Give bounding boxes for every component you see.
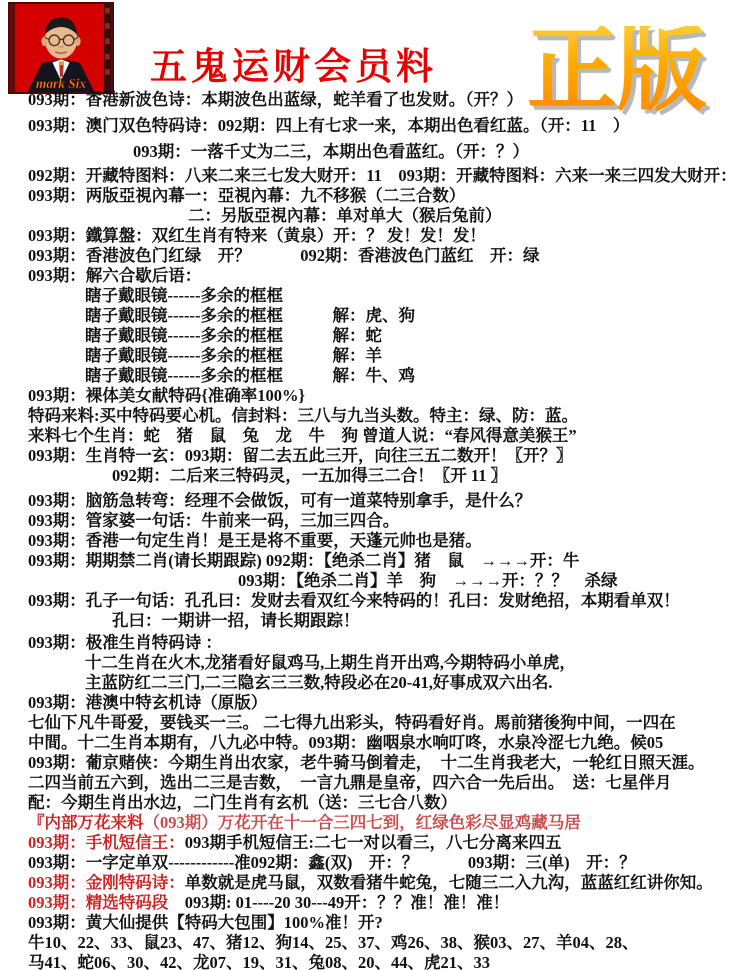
text-segment: 093期：生肖特一玄：093期：留二去五此三开，向往三五二数开！〖开？〗 <box>28 446 573 465</box>
text-segment: 093期：管家婆一句话：牛前来一码，三加三四合。 <box>28 511 399 530</box>
photo-brand-label: mark Six <box>36 76 86 91</box>
content-line: 093期：解六合歇后语： <box>28 266 735 286</box>
text-segment: 093期：一落千丈为二三，本期出色看蓝红。（开：？） <box>133 142 529 161</box>
text-segment: 093期：手机短信王： <box>28 833 185 852</box>
content-line: 瞎子戴眼镜------多余的框框 <box>28 286 735 306</box>
text-segment: 二：另版亞視內幕：单对单大（猴后兔前） <box>188 206 502 225</box>
content-line: 马41、蛇06、30、42、龙07、19、31、兔08、20、44、虎21、33 <box>28 953 735 970</box>
content-line: 093期：金刚特码诗：单数就是虎马鼠，双数看猪牛蛇兔，七随三二入九沟，蓝蓝红红讲… <box>28 873 735 893</box>
content-line: 中間。十二生肖本期有，八九必中特。093期：幽咽泉水响叮咚，水泉冷涩七九绝。候0… <box>28 733 735 753</box>
text-segment: 瞎子戴眼镜------多余的框框 解：牛、鸡 <box>85 366 415 385</box>
text-segment: 093期：裸体美女献特码{准确率100%} <box>28 386 305 405</box>
portrait-man-illustration: mark Six <box>10 4 112 92</box>
text-segment: 093期：葡京赌侠：今期生肖出农家，老牛骑马倒着走， 十二生肖我老大，一轮红日照… <box>28 753 705 772</box>
content-line: 093期：黄大仙提供【特码大包围】100%准！开? <box>28 913 735 933</box>
text-segment: 牛10、22、33、鼠23、47、猪12、狗14、25、37、鸡26、38、猴0… <box>28 933 639 952</box>
text-segment: 093期：香港波色门红绿 开？ 092期：香港波色门蓝红 开：绿 <box>28 246 540 265</box>
text-segment: 十二生肖在火木,龙猪看好鼠鸡马,上期生肖开出鸡,今期特码小单虎， <box>85 653 576 672</box>
content-line: 瞎子戴眼镜------多余的框框 解：虎、狗 <box>28 306 735 326</box>
content-line: 093期：精选特码段 093期: 01----20 30---49开：？？准！准… <box>28 893 735 913</box>
content-line: 瞎子戴眼镜------多余的框框 解：牛、鸡 <box>28 366 735 386</box>
text-segment: 093期：港澳中特玄机诗（原版） <box>28 693 267 712</box>
text-segment: 093期：精选特码段 <box>28 893 168 912</box>
text-segment: 单数就是虎马鼠，双数看猪牛蛇兔，七随三二入九沟，蓝蓝红红讲你知。 <box>185 873 713 892</box>
text-segment: 093期：两版亞視內幕一：亞視內幕：九不移猴（二三合数） <box>28 186 465 205</box>
content-line: 093期：澳门双色特码诗：092期：四上有七求一来，本期出色看红蓝。（开：11 … <box>28 116 735 136</box>
text-segment: 093期：黄大仙提供【特码大包围】100%准！开? <box>28 913 383 932</box>
content-line: 牛10、22、33、鼠23、47、猪12、狗14、25、37、鸡26、38、猴0… <box>28 933 735 953</box>
text-segment: 093期: 01----20 30---49开：？？准！准！准！ <box>168 893 509 912</box>
content-line: 来料七个生肖：蛇 猪 鼠 兔 龙 牛 狗 曾道人说：“春风得意美猴王” <box>28 426 735 446</box>
content-line: 二：另版亞視內幕：单对单大（猴后兔前） <box>28 206 735 226</box>
text-segment: 主蓝防红二三门,二三隐玄三三数,特段必在20-41,好事成双六出名. <box>85 673 553 692</box>
content-line: 093期：一字定单双------------准092期：鑫(双) 开：？ 093… <box>28 853 735 873</box>
text-segment: 093期手机短信王:二七一对以看三，八七分离来四五 <box>185 833 562 852</box>
text-segment: 特码来料:买中特码要心机。信封料：三八与九当头数。特主：绿、防：蓝。 <box>28 406 578 425</box>
text-segment: 092期：开藏特图料：八来二来三七发大财开：11 093期：开藏特图料：六来一来… <box>28 166 735 185</box>
content-line: 093期：两版亞視內幕一：亞視內幕：九不移猴（二三合数） <box>28 186 735 206</box>
content-line: 七仙下凡牛哥爱，要钱买一三。 二七得九出彩头，特码看好肖。馬前猪後狗中间，一四在 <box>28 713 735 733</box>
content-line: 093期：极准生肖特码诗 ： <box>28 633 735 653</box>
content-line: 主蓝防红二三门,二三隐玄三三数,特段必在20-41,好事成双六出名. <box>28 673 735 693</box>
content-line: 093期：生肖特一玄：093期：留二去五此三开，向往三五二数开！〖开？〗 <box>28 446 735 466</box>
text-segment: 093期：脑筋急转弯：经理不会做饭，可有一道菜特别拿手，是什么？ <box>28 491 531 510</box>
content-line: 二四当前五六到，选出二三是吉数， 一言九鼎是皇帝，四六合一先后出。 送：七星伴月 <box>28 773 735 793</box>
content-lines: 093期：香港新波色诗：本期波色出蓝绿，蛇羊看了也发财。（开？）093期：澳门双… <box>28 90 735 970</box>
text-segment: 093期：一字定单双------------准092期：鑫(双) 开：？ 093… <box>28 853 636 872</box>
content-line: 093期：脑筋急转弯：经理不会做饭，可有一道菜特别拿手，是什么？ <box>28 491 735 511</box>
text-segment: 093期：香港一句定生肖！是王是将不重要，天蓬元帅也是猪。 <box>28 531 482 550</box>
text-segment: 瞎子戴眼镜------多余的框框 解：蛇 <box>85 326 382 345</box>
content-line: 093期：一落千丈为二三，本期出色看蓝红。（开：？） <box>28 142 735 162</box>
content-line: 『内部万花来料（093期）万花开在十一合三四七到，红绿色彩尽显鸡藏马居 <box>28 813 735 833</box>
content-line: 093期：孔子一句话：孔孔曰：发财去看双红今来特码的！孔曰：发财绝招，本期看单双… <box>28 591 735 611</box>
content-line: 093期：香港一句定生肖！是王是将不重要，天蓬元帅也是猪。 <box>28 531 735 551</box>
content-line: 093期：裸体美女献特码{准确率100%} <box>28 386 735 406</box>
content-line: 093期：港澳中特玄机诗（原版） <box>28 693 735 713</box>
text-segment: 配：今期生肖出水边，二门生肖有玄机（送：三七合八数） <box>28 793 457 812</box>
page-root: mark Six 五鬼运财会员料 正版 093期：香港新波色诗：本期波色出蓝绿，… <box>0 0 735 970</box>
text-segment: 093期：【绝杀二肖】羊 狗 →→→开：？？ 杀绿 <box>238 571 618 590</box>
text-segment: 093期：澳门双色特码诗：092期：四上有七求一来，本期出色看红蓝。（开：11 … <box>28 116 629 135</box>
content-line: 093期：【绝杀二肖】羊 狗 →→→开：？？ 杀绿 <box>28 571 735 591</box>
content-line: 瞎子戴眼镜------多余的框框 解：羊 <box>28 346 735 366</box>
text-segment: 093期：金刚特码诗： <box>28 873 185 892</box>
text-segment: 二四当前五六到，选出二三是吉数， 一言九鼎是皇帝，四六合一先后出。 送：七星伴月 <box>28 773 672 792</box>
content-line: 093期：管家婆一句话：牛前来一码，三加三四合。 <box>28 511 735 531</box>
content-line: 093期：香港新波色诗：本期波色出蓝绿，蛇羊看了也发财。（开？） <box>28 90 735 110</box>
page-title: 五鬼运财会员料 <box>150 36 437 90</box>
text-segment: 093期：解六合歇后语： <box>28 266 201 285</box>
text-segment: 092期：二后来三特码灵，一五加得三二合！〖开 11 〗 <box>112 466 507 485</box>
text-segment: 七仙下凡牛哥爱，要钱买一三。 二七得九出彩头，特码看好肖。馬前猪後狗中间，一四在 <box>28 713 676 732</box>
portrait-photo: mark Six <box>8 2 114 94</box>
content-line: 十二生肖在火木,龙猪看好鼠鸡马,上期生肖开出鸡,今期特码小单虎， <box>28 653 735 673</box>
text-segment: 孔曰：一期讲一招，请长期跟踪！ <box>112 611 360 630</box>
text-segment: 093期：鐵算盤：双红生肖有特来（黄泉）开：？ 发！发！发！ <box>28 226 486 245</box>
content-line: 093期：葡京赌侠：今期生肖出农家，老牛骑马倒着走， 十二生肖我老大，一轮红日照… <box>28 753 735 773</box>
text-segment: 瞎子戴眼镜------多余的框框 解：虎、狗 <box>85 306 415 325</box>
content-line: 093期：鐵算盤：双红生肖有特来（黄泉）开：？ 发！发！发！ <box>28 226 735 246</box>
content-line: 092期：二后来三特码灵，一五加得三二合！〖开 11 〗 <box>28 466 735 486</box>
text-segment: 瞎子戴眼镜------多余的框框 解：羊 <box>85 346 382 365</box>
text-segment: 瞎子戴眼镜------多余的框框 <box>85 286 283 305</box>
text-segment: 来料七个生肖：蛇 猪 鼠 兔 龙 牛 狗 曾道人说：“春风得意美猴王” <box>28 426 577 445</box>
content-line: 特码来料:买中特码要心机。信封料：三八与九当头数。特主：绿、防：蓝。 <box>28 406 735 426</box>
content-line: 瞎子戴眼镜------多余的框框 解：蛇 <box>28 326 735 346</box>
content-line: 093期：手机短信王：093期手机短信王:二七一对以看三，八七分离来四五 <box>28 833 735 853</box>
text-segment: 中間。十二生肖本期有，八九必中特。093期：幽咽泉水响叮咚，水泉冷涩七九绝。候0… <box>28 733 663 752</box>
text-segment: 093期：香港新波色诗：本期波色出蓝绿，蛇羊看了也发财。（开？） <box>28 90 523 109</box>
text-segment: 093期：极准生肖特码诗 ： <box>28 633 222 652</box>
text-segment: 093期：孔子一句话：孔孔曰：发财去看双红今来特码的！孔曰：发财绝招，本期看单双… <box>28 591 680 610</box>
content-line: 配：今期生肖出水边，二门生肖有玄机（送：三七合八数） <box>28 793 735 813</box>
content-line: 092期：开藏特图料：八来二来三七发大财开：11 093期：开藏特图料：六来一来… <box>28 166 735 186</box>
text-segment: （093期）万花开在十一合三四七到，红绿色彩尽显鸡藏马居 <box>144 813 581 832</box>
content-line: 孔曰：一期讲一招，请长期跟踪！ <box>28 611 735 631</box>
content-line: 093期：期期禁二肖(请长期跟踪) 092期：【绝杀二肖】猪 鼠 →→→开：牛 <box>28 551 735 571</box>
text-segment: 马41、蛇06、30、42、龙07、19、31、兔08、20、44、虎21、33 <box>28 953 490 970</box>
text-segment: 093期：期期禁二肖(请长期跟踪) 092期：【绝杀二肖】猪 鼠 →→→开：牛 <box>28 551 579 570</box>
text-segment: 『内部万花来料 <box>28 813 144 832</box>
content-line: 093期：香港波色门红绿 开？ 092期：香港波色门蓝红 开：绿 <box>28 246 735 266</box>
